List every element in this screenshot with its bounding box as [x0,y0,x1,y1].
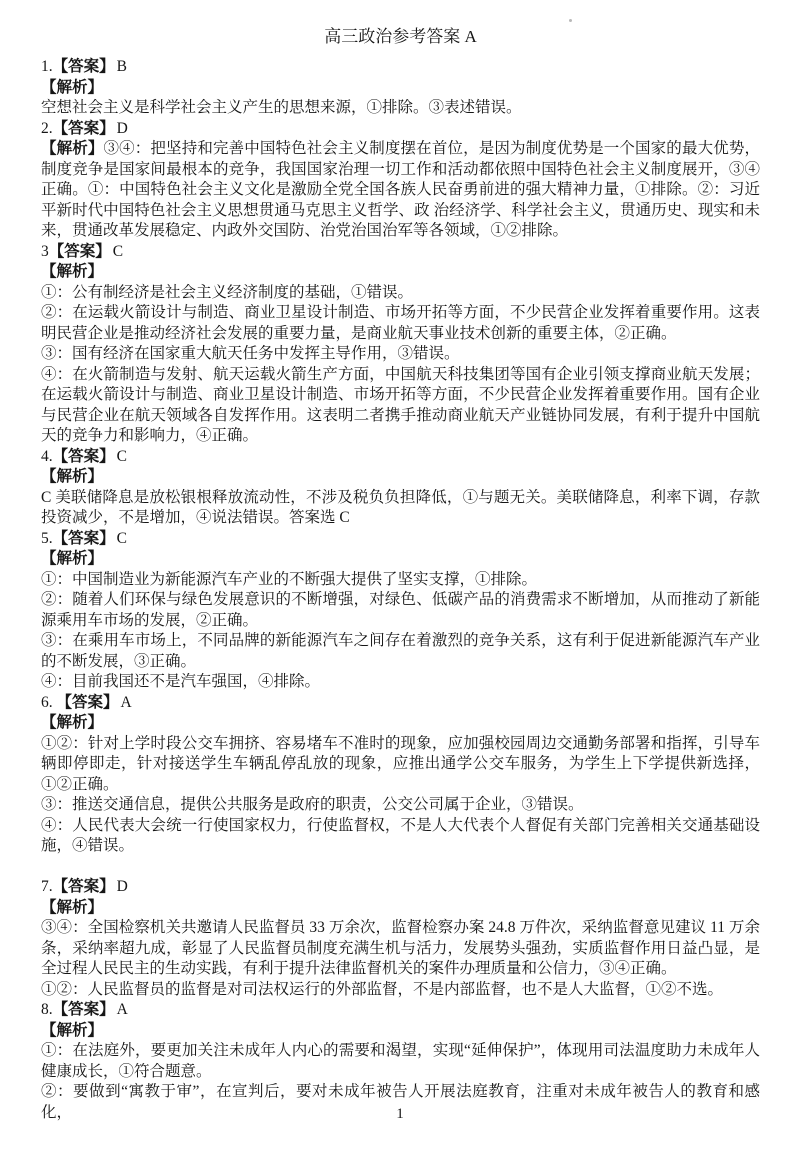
answer-value: C [117,530,127,547]
question-number: 6. [41,694,57,711]
analysis-heading: 【解析】 [41,1021,760,1042]
question-number: 4. [41,448,53,465]
answer-value: A [117,1001,128,1018]
answer-tag: 【答案】 [57,694,119,711]
answer-tag: 【答案】 [53,448,115,465]
answer-tag: 【答案】 [53,58,115,75]
analysis-heading: 【解析】 [41,262,760,283]
answer-line: 8.【答案】A [41,1000,760,1021]
question-number: 3 [41,243,49,260]
document-page: 高三政治参考答案 A 1.【答案】B【解析】空想社会主义是科学社会主义产生的思想… [0,0,800,1173]
answer-value: D [117,120,128,137]
analysis-paragraph: ④：人民代表大会统一行使国家权力，行使监督权，不是人大代表个人督促有关部门完善相… [41,816,760,857]
speck-dot [569,19,572,22]
answer-value: C [113,243,123,260]
analysis-tag: 【解析】 [41,714,103,731]
analysis-paragraph: ③：推送交通信息，提供公共服务是政府的职责，公交公司属于企业，③错误。 [41,795,760,816]
answer-line: 5.【答案】C [41,529,760,550]
question-number: 1. [41,58,53,75]
analysis-tag: 【解析】 [41,550,103,567]
analysis-heading: 【解析】 [41,78,760,99]
answer-block: 3【答案】C【解析】①：公有制经济是社会主义经济制度的基础，①错误。②：在运载火… [41,242,760,447]
answer-line: 2.【答案】D [41,119,760,140]
analysis-tag: 【解析】 [41,1022,103,1039]
page-title: 高三政治参考答案 A [41,26,760,48]
question-number: 7. [41,878,53,895]
answers-list: 1.【答案】B【解析】空想社会主义是科学社会主义产生的思想来源，①排除。③表述错… [41,57,760,1123]
analysis-heading: 【解析】 [41,549,760,570]
answer-tag: 【答案】 [53,1001,115,1018]
analysis-paragraph: ④：目前我国还不是汽车强国，④排除。 [41,672,760,693]
analysis-paragraph: C 美联储降息是放松银根释放流动性，不涉及税负负担降低，①与题无关。美联储降息，… [41,488,760,529]
answer-tag: 【答案】 [53,878,115,895]
page-content: 高三政治参考答案 A 1.【答案】B【解析】空想社会主义是科学社会主义产生的思想… [0,0,800,1123]
analysis-paragraph: ③：在乘用车市场上，不同品牌的新能源汽车之间存在着激烈的竞争关系，这有利于促进新… [41,631,760,672]
answer-tag: 【答案】 [53,120,115,137]
analysis-paragraph: ③④：全国检察机关共邀请人民监督员 33 万余次，监督检察办案 24.8 万件次… [41,918,760,980]
answer-block: 4.【答案】C【解析】C 美联储降息是放松银根释放流动性，不涉及税负负担降低，①… [41,447,760,529]
question-number: 5. [41,530,53,547]
answer-value: A [121,694,132,711]
answer-block: 5.【答案】C【解析】①：中国制造业为新能源汽车产业的不断强大提供了坚实支撑，①… [41,529,760,693]
answer-line: 6. 【答案】A [41,693,760,714]
analysis-paragraph: ④：在火箭制造与发射、航天运载火箭生产方面，中国航天科技集团等国有企业引领支撑商… [41,365,760,447]
answer-value: D [117,878,128,895]
analysis-paragraph: ②：在运载火箭设计与制造、商业卫星设计制造、市场开拓等方面，不少民营企业发挥着重… [41,303,760,344]
analysis-tag: 【解析】 [41,140,104,157]
analysis-paragraph: ①②：人民监督员的监督是对司法权运行的外部监督，不是内部监督，也不是人大监督，①… [41,980,760,1001]
answer-line: 7.【答案】D [41,877,760,898]
answer-block: 2.【答案】D【解析】③④：把坚持和完善中国特色社会主义制度摆在首位，是因为制度… [41,119,760,242]
analysis-tag: 【解析】 [41,899,103,916]
analysis-paragraph: ②：随着人们环保与绿色发展意识的不断增强，对绿色、低碳产品的消费需求不断增加，从… [41,590,760,631]
answer-value: B [117,58,127,75]
answer-value: C [117,448,127,465]
answer-line: 1.【答案】B [41,57,760,78]
analysis-heading: 【解析】 [41,898,760,919]
analysis-paragraph: ①②：针对上学时段公交车拥挤、容易堵车不准时的现象，应加强校园周边交通勤务部署和… [41,734,760,796]
answer-tag: 【答案】 [53,530,115,547]
analysis-tag: 【解析】 [41,263,103,280]
question-number: 8. [41,1001,53,1018]
analysis-paragraph: ①：公有制经济是社会主义经济制度的基础，①错误。 [41,283,760,304]
answer-line: 4.【答案】C [41,447,760,468]
answer-block: 1.【答案】B【解析】空想社会主义是科学社会主义产生的思想来源，①排除。③表述错… [41,57,760,119]
answer-line: 3【答案】C [41,242,760,263]
answer-tag: 【答案】 [49,243,111,260]
analysis-heading: 【解析】 [41,713,760,734]
answer-block: 6. 【答案】A【解析】①②：针对上学时段公交车拥挤、容易堵车不准时的现象，应加… [41,693,760,857]
analysis-paragraph: ①：在法庭外，要更加关注未成年人内心的需要和渴望，实现“延伸保护”，体现用司法温… [41,1041,760,1082]
analysis-paragraph: 空想社会主义是科学社会主义产生的思想来源，①排除。③表述错误。 [41,98,760,119]
analysis-text: ③④：把坚持和完善中国特色社会主义制度摆在首位，是因为制度优势是一个国家的最大优… [41,140,760,239]
analysis-tag: 【解析】 [41,468,103,485]
answer-block: 7.【答案】D【解析】③④：全国检察机关共邀请人民监督员 33 万余次，监督检察… [41,877,760,1000]
analysis-tag: 【解析】 [41,79,103,96]
analysis-inline-paragraph: 【解析】③④：把坚持和完善中国特色社会主义制度摆在首位，是因为制度优势是一个国家… [41,139,760,242]
analysis-heading: 【解析】 [41,467,760,488]
analysis-paragraph: ①：中国制造业为新能源汽车产业的不断强大提供了坚实支撑，①排除。 [41,570,760,591]
analysis-paragraph: ③：国有经济在国家重大航天任务中发挥主导作用，③错误。 [41,344,760,365]
page-number: 1 [0,1104,800,1124]
question-number: 2. [41,120,53,137]
